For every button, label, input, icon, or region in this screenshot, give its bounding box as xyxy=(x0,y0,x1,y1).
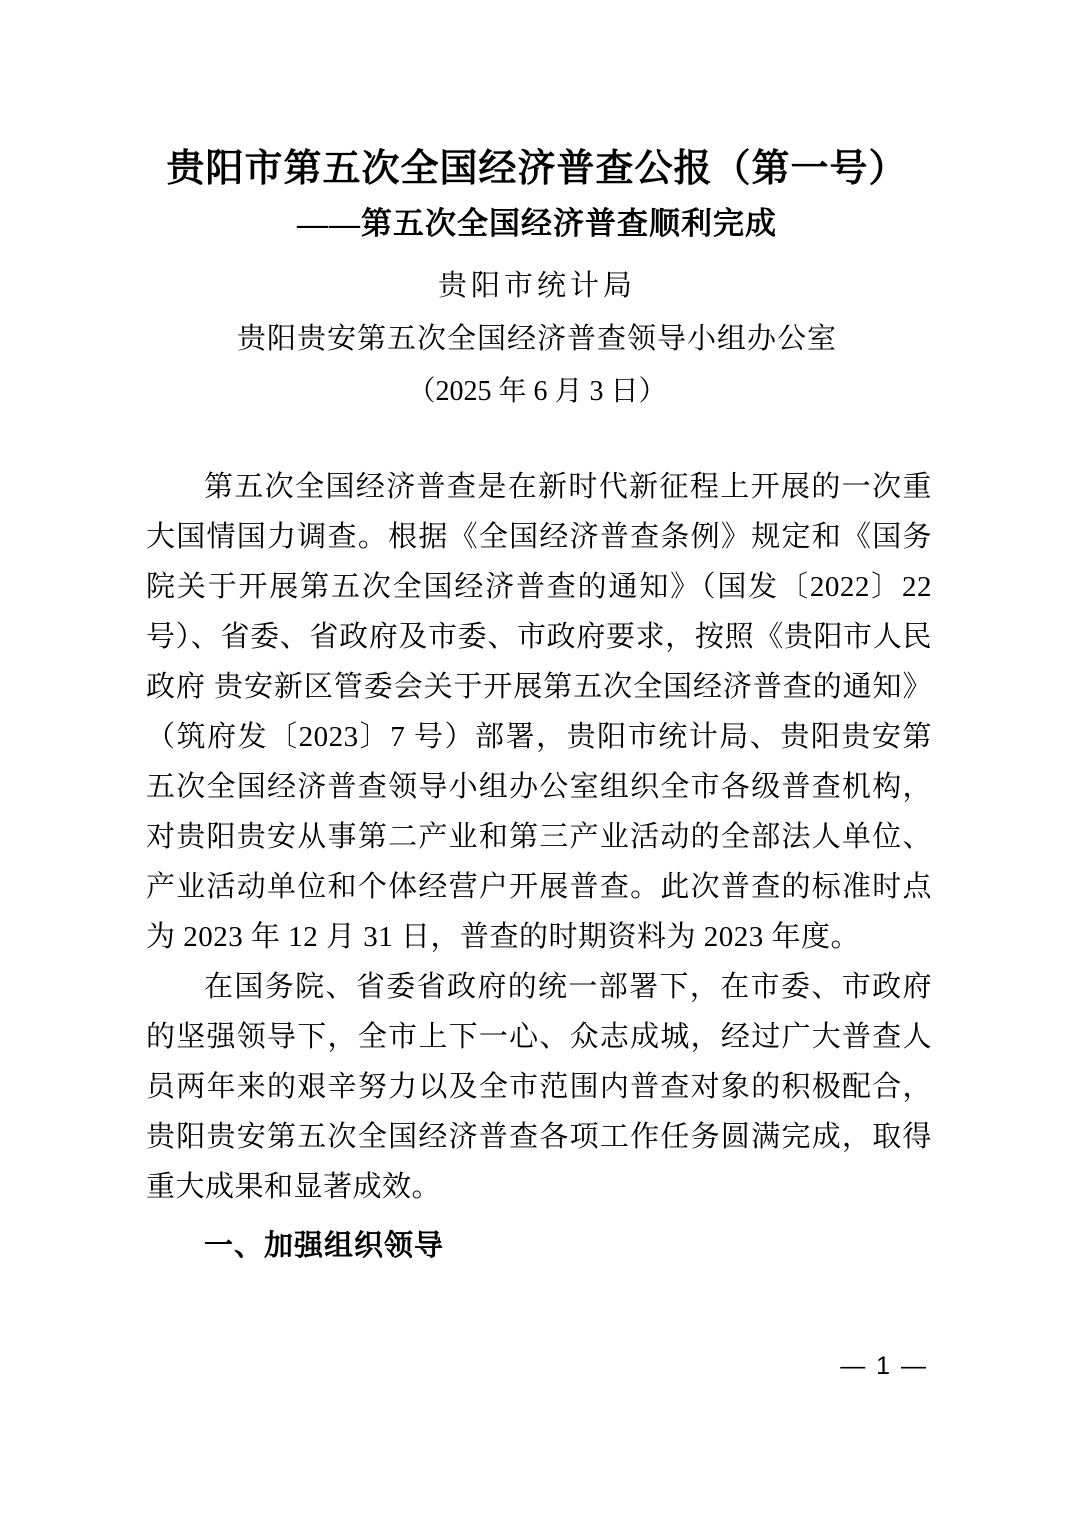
section-heading-1: 一、加强组织领导 xyxy=(146,1221,932,1271)
document-subtitle: ——第五次全国经济普查顺利完成 xyxy=(0,204,1074,244)
issuing-agency-1: 贵阳市统计局 xyxy=(0,263,1074,304)
paragraph-1: 第五次全国经济普查是在新时代新征程上开展的一次重大国情国力调查。根据《全国经济普… xyxy=(146,462,932,962)
document-title: 贵阳市第五次全国经济普查公报（第一号） xyxy=(0,146,1074,194)
page-number: — 1 — xyxy=(840,1350,928,1382)
date-line: （2025 年 6 月 3 日） xyxy=(0,369,1074,409)
issuing-agency-2: 贵阳贵安第五次全国经济普查领导小组办公室 xyxy=(0,316,1074,357)
paragraph-2: 在国务院、省委省政府的统一部署下，在市委、市政府的坚强领导下，全市上下一心、众志… xyxy=(146,962,932,1212)
document-page: 贵阳市第五次全国经济普查公报（第一号） ——第五次全国经济普查顺利完成 贵阳市统… xyxy=(0,0,1074,1520)
document-body: 第五次全国经济普查是在新时代新征程上开展的一次重大国情国力调查。根据《全国经济普… xyxy=(146,462,932,1271)
